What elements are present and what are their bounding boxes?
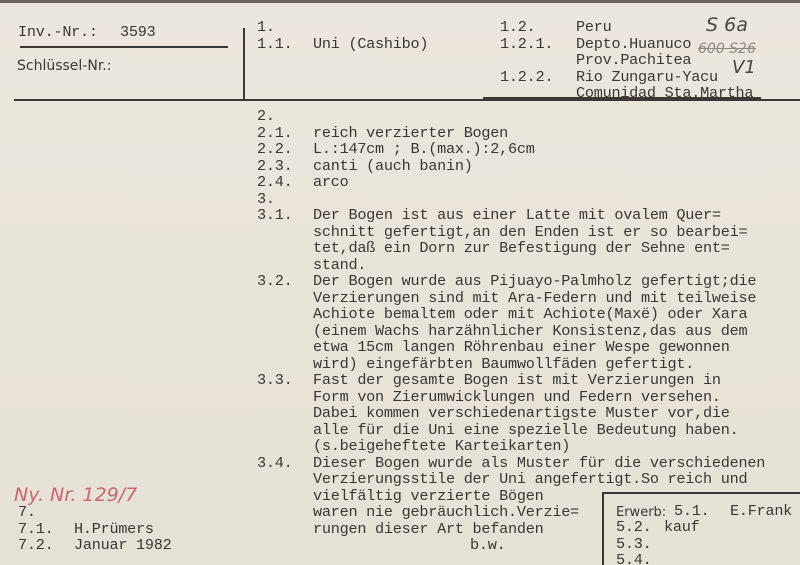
s1-num: 1. [257, 19, 275, 36]
s1-2-2-num: 1.2.2. [500, 69, 576, 86]
acquisition-type: kauf [664, 518, 699, 536]
inv-number: 3593 [120, 24, 155, 41]
acquired-from: E.Frank [730, 502, 792, 520]
s3-3-num: 3.3. [257, 372, 292, 389]
header-divider [243, 28, 245, 100]
s2-2: 2.2.L.:147cm ; B.(max.):2,6cm [257, 141, 535, 158]
s3-1-num: 3.1. [257, 207, 292, 224]
s3-3-line: (s.beigeheftete Karteikarten) [313, 438, 570, 455]
spanish-name: arco [313, 173, 348, 191]
erwerb-row: 5.2.kauf [616, 519, 699, 536]
shelf-annotation: S 6a [706, 14, 748, 36]
s3-4-line: waren nie gebräuchlich.Verzie= [313, 504, 579, 521]
s7-0: 7. [18, 504, 74, 521]
s3-3-line: Fast der gesamte Bogen ist mit Verzierun… [313, 372, 721, 389]
s3-2-line: Der Bogen wurde aus Pijuayo-Palmholz gef… [313, 273, 756, 290]
s3-2-line: Achiote bemaltem oder mit Achiote(Maxë) … [313, 306, 747, 323]
s1-1-row: 1.1.Uni (Cashibo) [257, 36, 428, 53]
s7-2: 7.2.Januar 1982 [18, 537, 172, 554]
inv-label: Inv.-Nr.: [18, 24, 98, 41]
erwerb-row: 5.4. [616, 552, 651, 565]
s3-1-line: tet,daß ein Dorn zur Befestigung der Seh… [313, 240, 730, 257]
community: Comunidad Sta.Martha [576, 85, 753, 102]
s1-2-num: 1.2. [500, 19, 576, 36]
s1-2-row: 1.2.Peru [500, 19, 611, 36]
key-label: Schlüssel-Nr.: [17, 58, 111, 75]
card-top-edge [0, 0, 800, 3]
record-date: Januar 1982 [74, 536, 172, 554]
s3-4-line: rungen dieser Art befanden [313, 521, 543, 538]
s1-1-num: 1.1. [257, 36, 313, 53]
inv-underline [20, 46, 228, 48]
s3-4-num: 3.4. [257, 455, 292, 472]
s3-1-line: Der Bogen ist aus einer Latte mit ovalem… [313, 207, 721, 224]
province: Prov.Pachitea [576, 52, 691, 69]
s2-0: 2. [257, 108, 313, 125]
v-code-annotation: V1 [732, 57, 756, 78]
ethnic-group: Uni (Cashibo) [313, 35, 428, 53]
s3-2-num: 3.2. [257, 273, 292, 290]
catalog-card: Inv.-Nr.: 3593 Schlüssel-Nr.: 1. 1.1.Uni… [0, 0, 800, 565]
old-code-annotation: 600 S26 [698, 41, 756, 57]
s1-2-1-num: 1.2.1. [500, 36, 576, 53]
s2-4: 2.4.arco [257, 174, 348, 191]
country: Peru [576, 18, 611, 36]
s3-2-line: etwa 15cm langen Röhrenbau einer Wespe g… [313, 339, 730, 356]
s3-3-line: Dabei kommen verschiedenartigste Muster … [313, 405, 730, 422]
dimensions: L.:147cm ; B.(max.):2,6cm [313, 140, 535, 158]
continued-note: b.w. [470, 537, 505, 554]
s3-4-line: Verzierungsstile der Uni angefertigt.So … [313, 471, 747, 488]
